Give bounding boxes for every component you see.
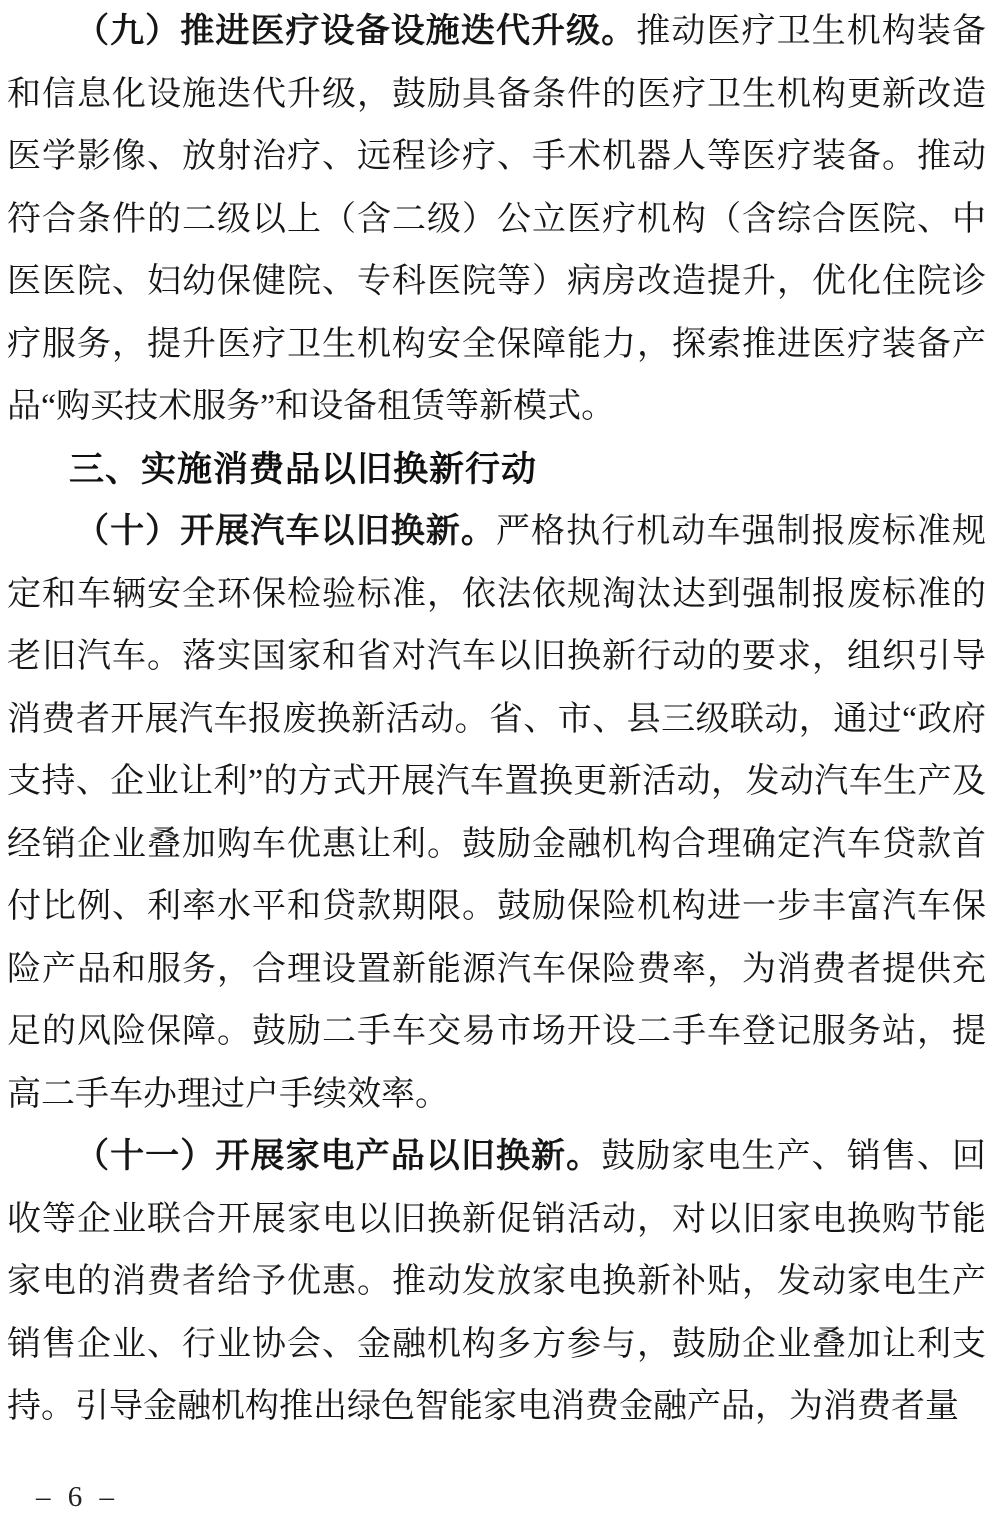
- section-heading-3: 三、实施消费品以旧换新行动: [7, 439, 986, 502]
- paragraph-item-10-text: 严格执行机动车强制报废标准规定和车辆安全环保检验标准，依法依规淘汰达到强制报废标…: [7, 513, 986, 1113]
- paragraph-item-11: （十一）开展家电产品以旧换新。鼓励家电生产、销售、回收等企业联合开展家电以旧换新…: [7, 1126, 986, 1439]
- paragraph-item-9-text: 推动医疗卫生机构装备和信息化设施迭代升级，鼓励具备条件的医疗卫生机构更新改造医学…: [7, 13, 986, 425]
- document-body: （九）推进医疗设备设施迭代升级。推动医疗卫生机构装备和信息化设施迭代升级，鼓励具…: [7, 1, 986, 1439]
- document-page: （九）推进医疗设备设施迭代升级。推动医疗卫生机构装备和信息化设施迭代升级，鼓励具…: [0, 0, 1000, 1531]
- paragraph-item-11-text: 鼓励家电生产、销售、回收等企业联合开展家电以旧换新促销活动，对以旧家电换购节能家…: [7, 1138, 986, 1425]
- paragraph-item-10: （十）开展汽车以旧换新。严格执行机动车强制报废标准规定和车辆安全环保检验标准，依…: [7, 501, 986, 1126]
- page-number: – 6 –: [36, 1481, 119, 1514]
- paragraph-item-9-lead: （九）推进医疗设备设施迭代升级。: [75, 13, 636, 50]
- paragraph-item-9: （九）推进医疗设备设施迭代升级。推动医疗卫生机构装备和信息化设施迭代升级，鼓励具…: [7, 1, 986, 439]
- paragraph-item-10-lead: （十）开展汽车以旧换新。: [75, 513, 496, 550]
- paragraph-item-11-lead: （十一）开展家电产品以旧换新。: [75, 1138, 601, 1175]
